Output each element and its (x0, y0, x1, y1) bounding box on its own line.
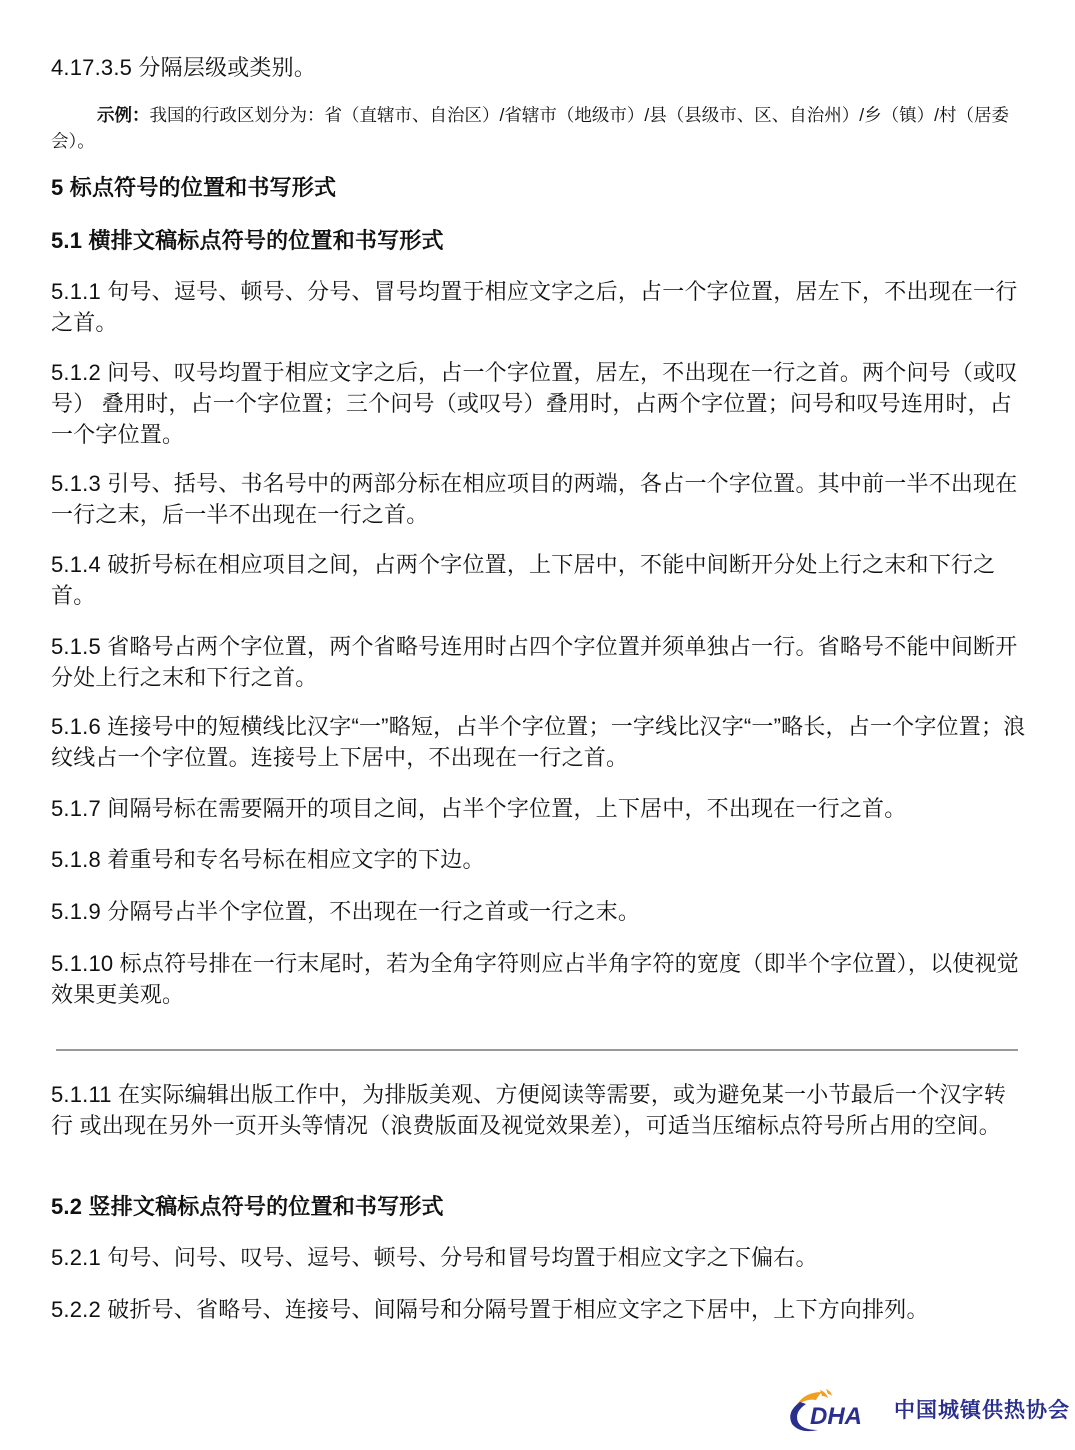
clause-5-1-4: 5.1.4 破折号标在相应项目之间，占两个字位置，上下居中，不能中间断开分处上行… (51, 549, 1026, 611)
logo-org-name: 中国城镇供热协会 (894, 1398, 1070, 1424)
clause-5-1-6: 5.1.6 连接号中的短横线比汉字“一”略短，占半个字位置；一字线比汉字“一”略… (51, 711, 1026, 773)
example-text: 我国的行政区划分为：省（直辖市、自治区）/省辖市（地级市）/县（县级市、区、自治… (51, 105, 1009, 151)
clause-5-1-2: 5.1.2 问号、叹号均置于相应文字之后，占一个字位置，居左，不出现在一行之首。… (51, 357, 1026, 450)
clause-5-1-10: 5.1.10 标点符号排在一行末尾时，若为全角字符则应占半角字符的宽度（即半个字… (51, 948, 1026, 1010)
clause-5-1-1: 5.1.1 句号、逗号、顿号、分号、冒号均置于相应文字之后，占一个字位置，居左下… (51, 276, 1026, 338)
clause-5-1-8: 5.1.8 着重号和专名号标在相应文字的下边。 (51, 844, 1026, 875)
clause-5-2-1: 5.2.1 句号、问号、叹号、逗号、顿号、分号和冒号均置于相应文字之下偏右。 (51, 1242, 1026, 1273)
example-paragraph: 示例：我国的行政区划分为：省（直辖市、自治区）/省辖市（地级市）/县（县级市、区… (51, 102, 1026, 154)
clause-5-1-3: 5.1.3 引号、括号、书名号中的两部分标在相应项目的两端，各占一个字位置。其中… (51, 468, 1026, 530)
cdha-logo: DHA 中国城镇供热协会 (782, 1388, 1057, 1434)
section-5-2-title: 5.2 竖排文稿标点符号的位置和书写形式 (51, 1191, 1026, 1222)
clause-4-17-3-5: 4.17.3.5 分隔层级或类别。 (51, 52, 1026, 83)
clause-5-1-7: 5.1.7 间隔号标在需要隔开的项目之间，占半个字位置，上下居中，不出现在一行之… (51, 793, 1026, 824)
section-5-1-title: 5.1 横排文稿标点符号的位置和书写形式 (51, 225, 1026, 256)
clause-5-1-9: 5.1.9 分隔号占半个字位置，不出现在一行之首或一行之末。 (51, 896, 1026, 927)
logo-abbrev: DHA (810, 1403, 862, 1430)
clause-5-1-5: 5.1.5 省略号占两个字位置，两个省略号连用时占四个字位置并须单独占一行。省略… (51, 631, 1026, 693)
section-5-title: 5 标点符号的位置和书写形式 (51, 172, 1026, 203)
example-label: 示例： (97, 105, 150, 125)
page-divider (56, 1049, 1018, 1051)
clause-5-1-11: 5.1.11 在实际编辑出版工作中，为排版美观、方便阅读等需要，或为避免某一小节… (51, 1079, 1026, 1141)
clause-5-2-2: 5.2.2 破折号、省略号、连接号、间隔号和分隔号置于相应文字之下居中，上下方向… (51, 1294, 1026, 1325)
cdha-logo-mark-icon: DHA (782, 1388, 882, 1434)
document-page: 4.17.3.5 分隔层级或类别。 示例：我国的行政区划分为：省（直辖市、自治区… (0, 0, 1075, 1450)
